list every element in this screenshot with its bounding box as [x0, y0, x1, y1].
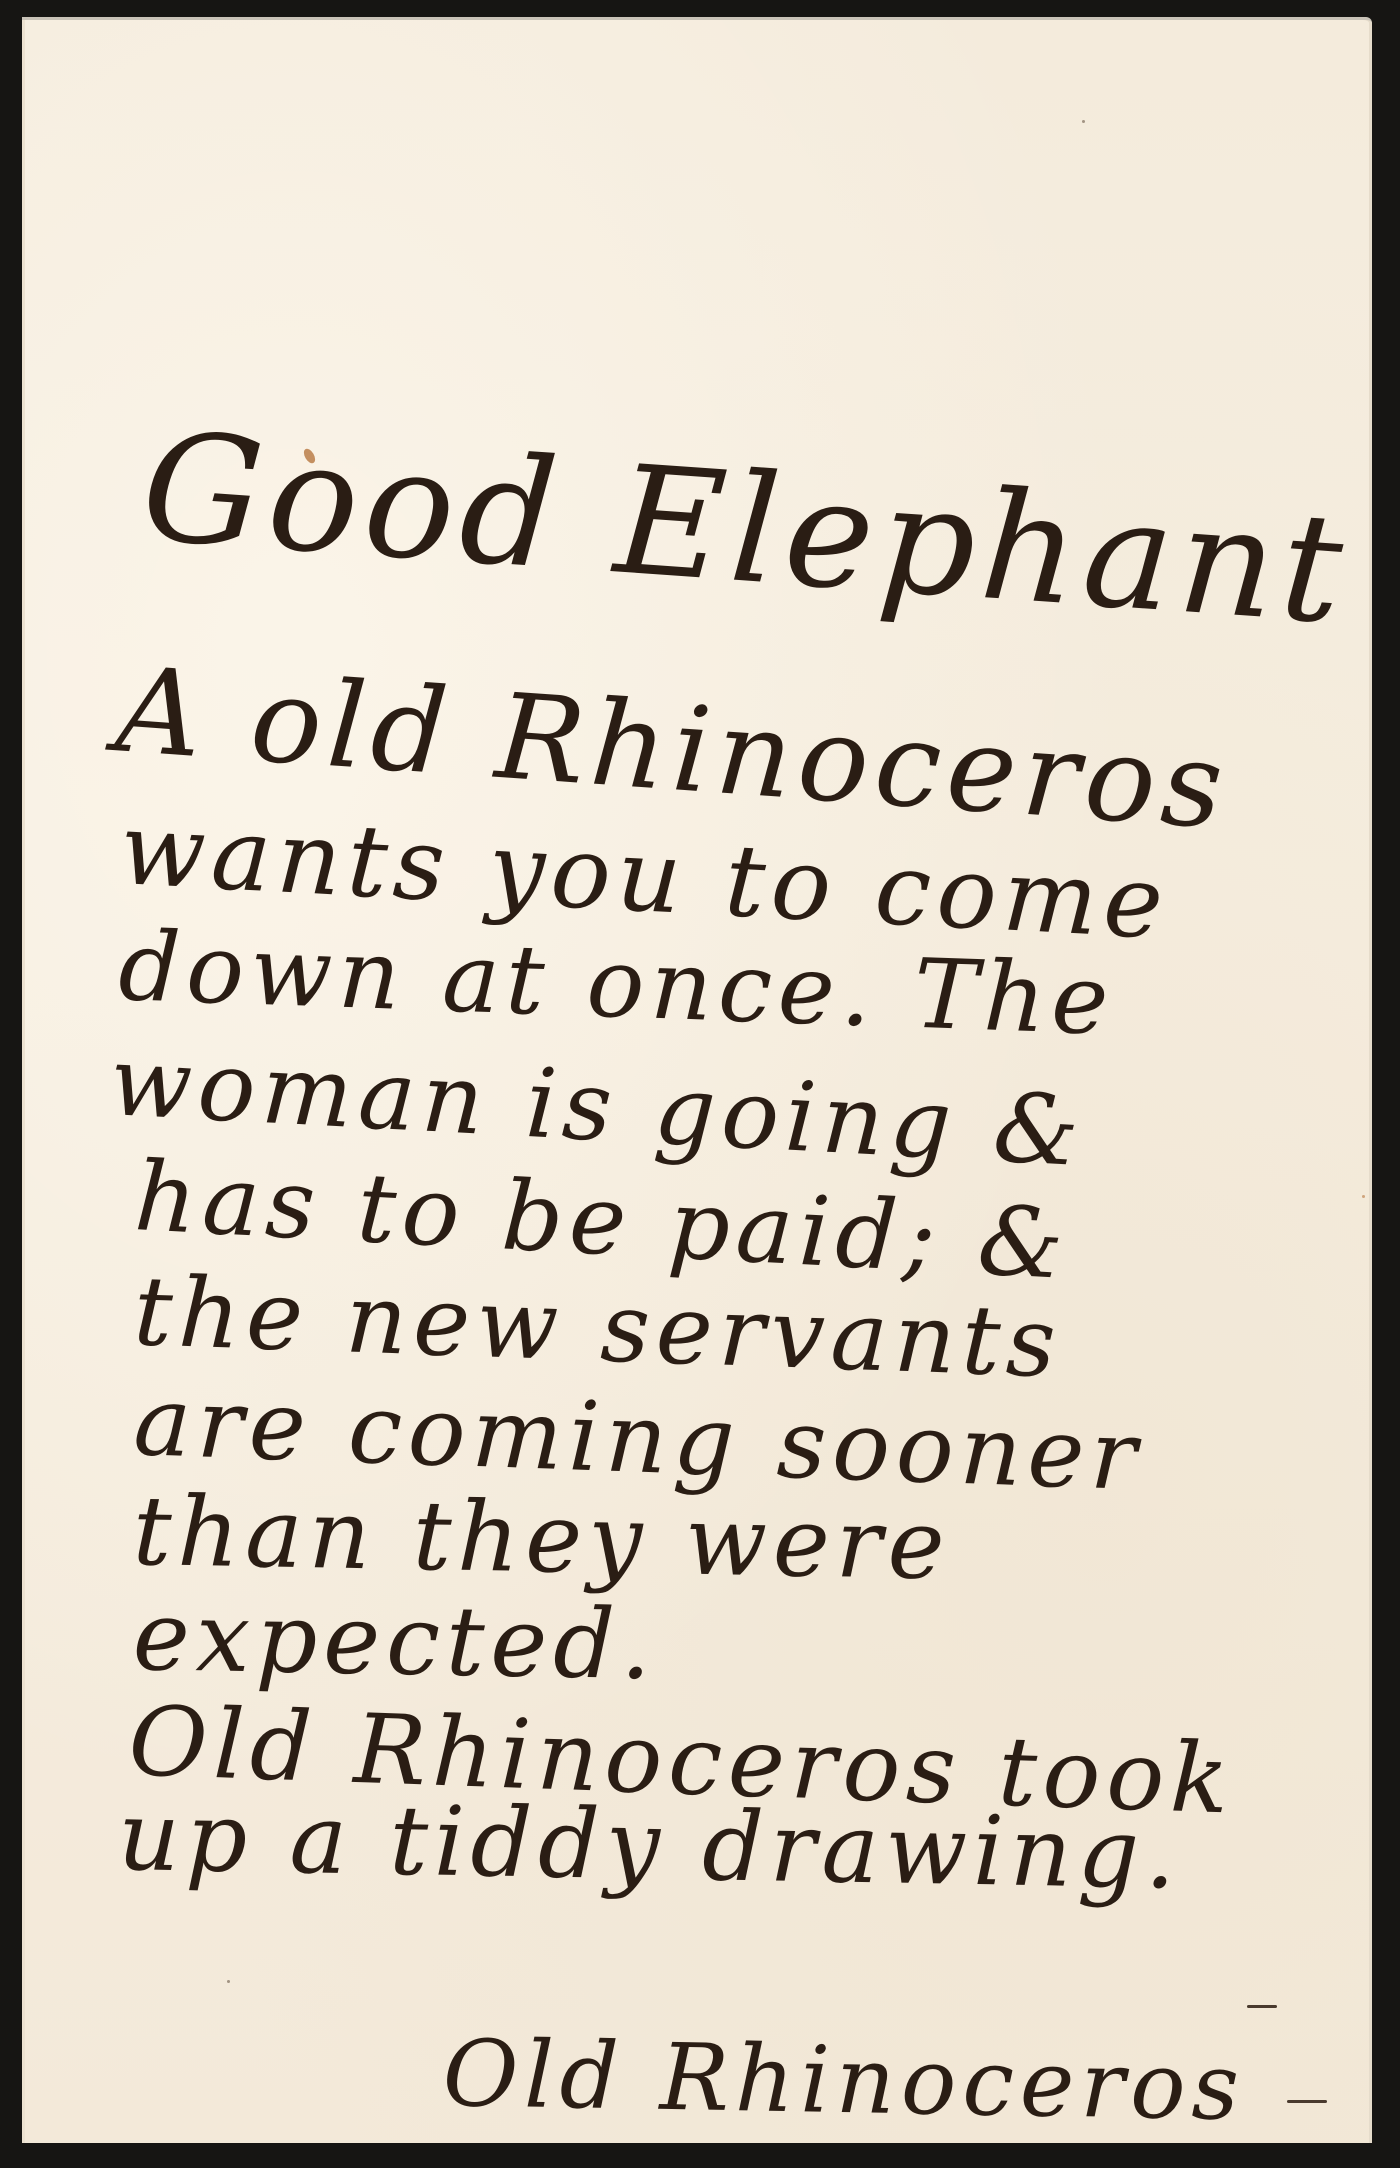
pen-dash: [1247, 2005, 1277, 2008]
letter-text: Good Elephant A old Rhinoceros wants you…: [22, 20, 1372, 2143]
body-line: expected.: [132, 1580, 658, 1701]
salutation: Good Elephant: [137, 400, 1354, 658]
pen-dash: [1287, 2100, 1327, 2103]
body-line: up a tiddy drawing.: [117, 1780, 1183, 1911]
signature: Old Rhinoceros: [442, 2020, 1246, 2141]
scan-background: Good Elephant A old Rhinoceros wants you…: [0, 0, 1400, 2168]
letter-paper: Good Elephant A old Rhinoceros wants you…: [22, 17, 1372, 2143]
